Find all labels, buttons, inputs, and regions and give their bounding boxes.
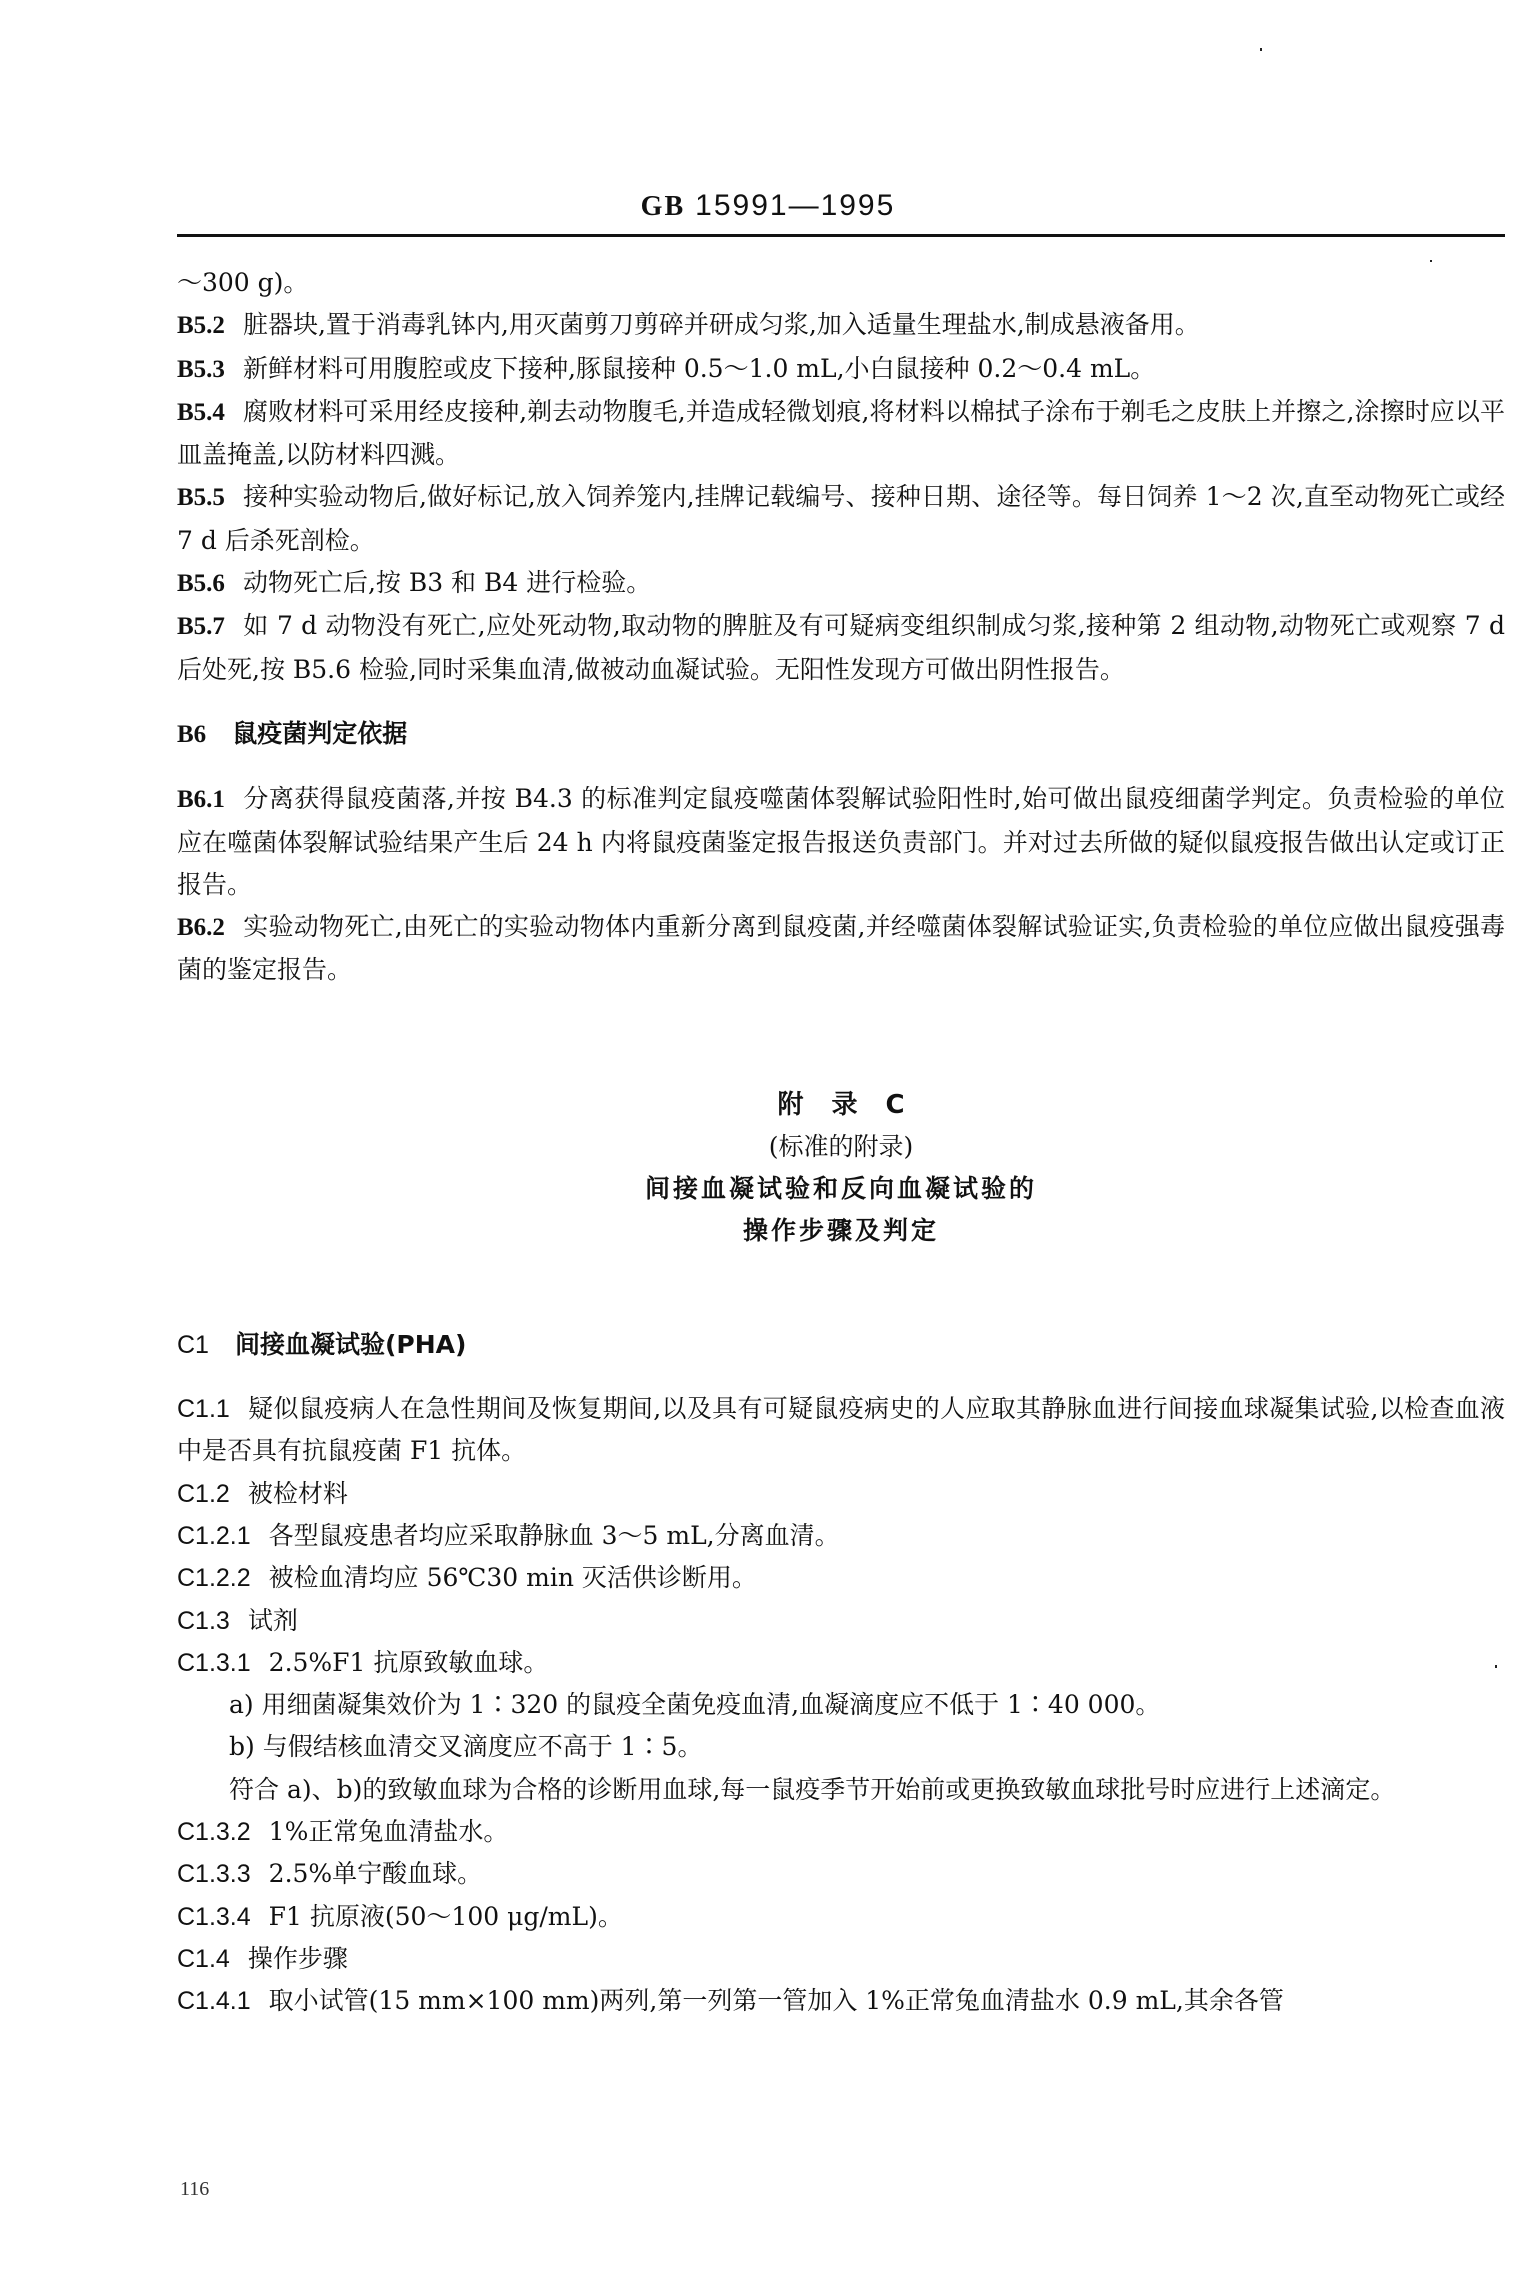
clause-number: C1.3.2 [177,1818,251,1846]
b5-continuation: ～300 g)。 [177,262,1505,304]
c1-3-1-item-a: a) 用细菌凝集效价为 1∶320 的鼠疫全菌免疫血清,血凝滴度应不低于 1∶4… [177,1684,1505,1726]
clause-number: B6.2 [177,914,225,941]
clause-c1-3: C1.3试剂 [177,1600,1505,1642]
clause-text: 实验动物死亡,由死亡的实验动物体内重新分离到鼠疫菌,并经噬菌体裂解试验证实,负责… [177,912,1505,984]
clause-text: 疑似鼠疫病人在急性期间及恢复期间,以及具有可疑鼠疫病史的人应取其静脉血进行间接血… [177,1394,1505,1465]
clause-number: B5.2 [177,312,225,339]
clause-number: C1.2.2 [177,1564,251,1592]
clause-number: C1.2.1 [177,1522,251,1550]
clause-text: 试剂 [248,1606,298,1635]
clause-number: C1.4 [177,1945,230,1973]
clause-c1-2: C1.2被检材料 [177,1473,1505,1515]
clause-number: B5.5 [177,484,225,511]
section-title: 间接血凝试验(PHA) [235,1330,466,1359]
scan-speck [1260,48,1262,51]
annex-title-line-2: 操作步骤及判定 [177,1210,1505,1252]
c1-3-1-note: 符合 a)、b)的致敏血球为合格的诊断用血球,每一鼠疫季节开始前或更换致敏血球批… [177,1769,1505,1811]
clause-b5-2: B5.2脏器块,置于消毒乳钵内,用灭菌剪刀剪碎并研成匀浆,加入适量生理盐水,制成… [177,304,1505,347]
clause-b5-3: B5.3新鲜材料可用腹腔或皮下接种,豚鼠接种 0.5～1.0 mL,小白鼠接种 … [177,348,1505,391]
clause-b5-6: B5.6动物死亡后,按 B3 和 B4 进行检验。 [177,562,1505,605]
section-heading-b6: B6鼠疫菌判定依据 [177,713,1505,756]
section-heading-c1: C1间接血凝试验(PHA) [177,1324,1505,1366]
section-title: 鼠疫菌判定依据 [232,719,407,748]
clause-number: B5.3 [177,356,225,383]
section-number: C1 [177,1331,209,1359]
clause-text: 2.5%F1 抗原致敏血球。 [269,1648,549,1677]
clause-number: B5.7 [177,613,225,640]
clause-c1-2-2: C1.2.2被检血清均应 56℃30 min 灭活供诊断用。 [177,1557,1505,1599]
clause-text: 1%正常兔血清盐水。 [269,1817,509,1846]
document-page: GB15991—1995 ～300 g)。 B5.2脏器块,置于消毒乳钵内,用灭… [0,0,1536,2285]
clause-text: 脏器块,置于消毒乳钵内,用灭菌剪刀剪碎并研成匀浆,加入适量生理盐水,制成悬液备用… [243,310,1200,339]
clause-b5-4: B5.4腐败材料可采用经皮接种,剃去动物腹毛,并造成轻微划痕,将材料以棉拭子涂布… [177,391,1505,477]
c1-3-1-item-b: b) 与假结核血清交叉滴度应不高于 1∶5。 [177,1726,1505,1768]
clause-b5-5: B5.5接种实验动物后,做好标记,放入饲养笼内,挂牌记载编号、接种日期、途径等。… [177,476,1505,562]
clause-number: C1.1 [177,1395,230,1423]
clause-b6-2: B6.2实验动物死亡,由死亡的实验动物体内重新分离到鼠疫菌,并经噬菌体裂解试验证… [177,906,1505,992]
standard-prefix: GB [641,191,685,222]
scan-speck [1430,260,1432,262]
clause-b5-7: B5.7如 7 d 动物没有死亡,应处死动物,取动物的脾脏及有可疑病变组织制成匀… [177,605,1505,691]
clause-number: C1.4.1 [177,1987,251,2015]
clause-text: 被检血清均应 56℃30 min 灭活供诊断用。 [269,1563,757,1592]
section-number: B6 [177,721,206,748]
clause-number: C1.3.1 [177,1649,251,1677]
clause-text: 被检材料 [248,1479,348,1508]
page-number: 116 [180,2178,209,2201]
clause-c1-3-4: C1.3.4F1 抗原液(50～100 μg/mL)。 [177,1896,1505,1938]
header-rule [177,234,1505,237]
clause-text: 接种实验动物后,做好标记,放入饲养笼内,挂牌记载编号、接种日期、途径等。每日饲养… [177,482,1505,554]
annex-title-line-1: 间接血凝试验和反向血凝试验的 [177,1168,1505,1210]
clause-number: C1.2 [177,1480,230,1508]
standard-number: 15991—1995 [695,189,895,222]
clause-c1-2-1: C1.2.1各型鼠疫患者均应采取静脉血 3～5 mL,分离血清。 [177,1515,1505,1557]
clause-c1-4: C1.4操作步骤 [177,1938,1505,1980]
document-body: ～300 g)。 B5.2脏器块,置于消毒乳钵内,用灭菌剪刀剪碎并研成匀浆,加入… [177,262,1505,2023]
clause-c1-4-1: C1.4.1取小试管(15 mm×100 mm)两列,第一列第一管加入 1%正常… [177,1980,1505,2022]
clause-number: C1.3.3 [177,1860,251,1888]
clause-number: B6.1 [177,786,225,813]
clause-text: 新鲜材料可用腹腔或皮下接种,豚鼠接种 0.5～1.0 mL,小白鼠接种 0.2～… [243,354,1155,383]
annex-subtitle: (标准的附录) [177,1126,1505,1168]
clause-number: C1.3.4 [177,1903,251,1931]
annex-label: 附录C [177,1084,1505,1126]
annex-c-heading: 附录C (标准的附录) 间接血凝试验和反向血凝试验的 操作步骤及判定 [177,1084,1505,1252]
clause-c1-3-3: C1.3.32.5%单宁酸血球。 [177,1853,1505,1895]
clause-b6-1: B6.1分离获得鼠疫菌落,并按 B4.3 的标准判定鼠疫噬菌体裂解试验阳性时,始… [177,778,1505,906]
clause-text: 动物死亡后,按 B3 和 B4 进行检验。 [243,568,651,597]
clause-number: B5.6 [177,570,225,597]
clause-number: B5.4 [177,399,225,426]
clause-text: 操作步骤 [248,1944,348,1973]
clause-text: 腐败材料可采用经皮接种,剃去动物腹毛,并造成轻微划痕,将材料以棉拭子涂布于剃毛之… [177,397,1505,469]
standard-header: GB15991—1995 [0,188,1536,225]
scan-speck [1495,1665,1497,1668]
clause-text: 如 7 d 动物没有死亡,应处死动物,取动物的脾脏及有可疑病变组织制成匀浆,接种… [177,611,1505,683]
clause-c1-3-1: C1.3.12.5%F1 抗原致敏血球。 [177,1642,1505,1684]
clause-text: 取小试管(15 mm×100 mm)两列,第一列第一管加入 1%正常兔血清盐水 … [269,1986,1284,2015]
clause-c1-3-2: C1.3.21%正常兔血清盐水。 [177,1811,1505,1853]
clause-c1-1: C1.1疑似鼠疫病人在急性期间及恢复期间,以及具有可疑鼠疫病史的人应取其静脉血进… [177,1388,1505,1473]
clause-text: 分离获得鼠疫菌落,并按 B4.3 的标准判定鼠疫噬菌体裂解试验阳性时,始可做出鼠… [177,784,1505,899]
clause-text: 2.5%单宁酸血球。 [269,1859,483,1888]
clause-number: C1.3 [177,1607,230,1635]
clause-text: 各型鼠疫患者均应采取静脉血 3～5 mL,分离血清。 [269,1521,840,1550]
clause-text: F1 抗原液(50～100 μg/mL)。 [269,1902,623,1931]
